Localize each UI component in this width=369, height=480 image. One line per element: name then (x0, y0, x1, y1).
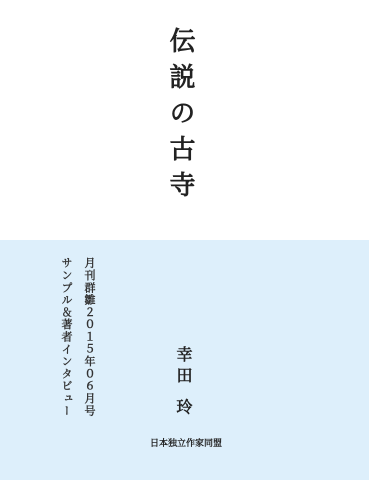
publisher-name: 日本独立作家同盟 (150, 436, 222, 449)
sample-interview-line: サンプル＆著者インタビュー (61, 257, 72, 417)
author-name: 幸田 玲 (175, 346, 191, 420)
book-title: 伝説の古寺 (167, 27, 193, 207)
magazine-issue-line: 月刊群雛２０１５年０６月号 (84, 257, 95, 417)
